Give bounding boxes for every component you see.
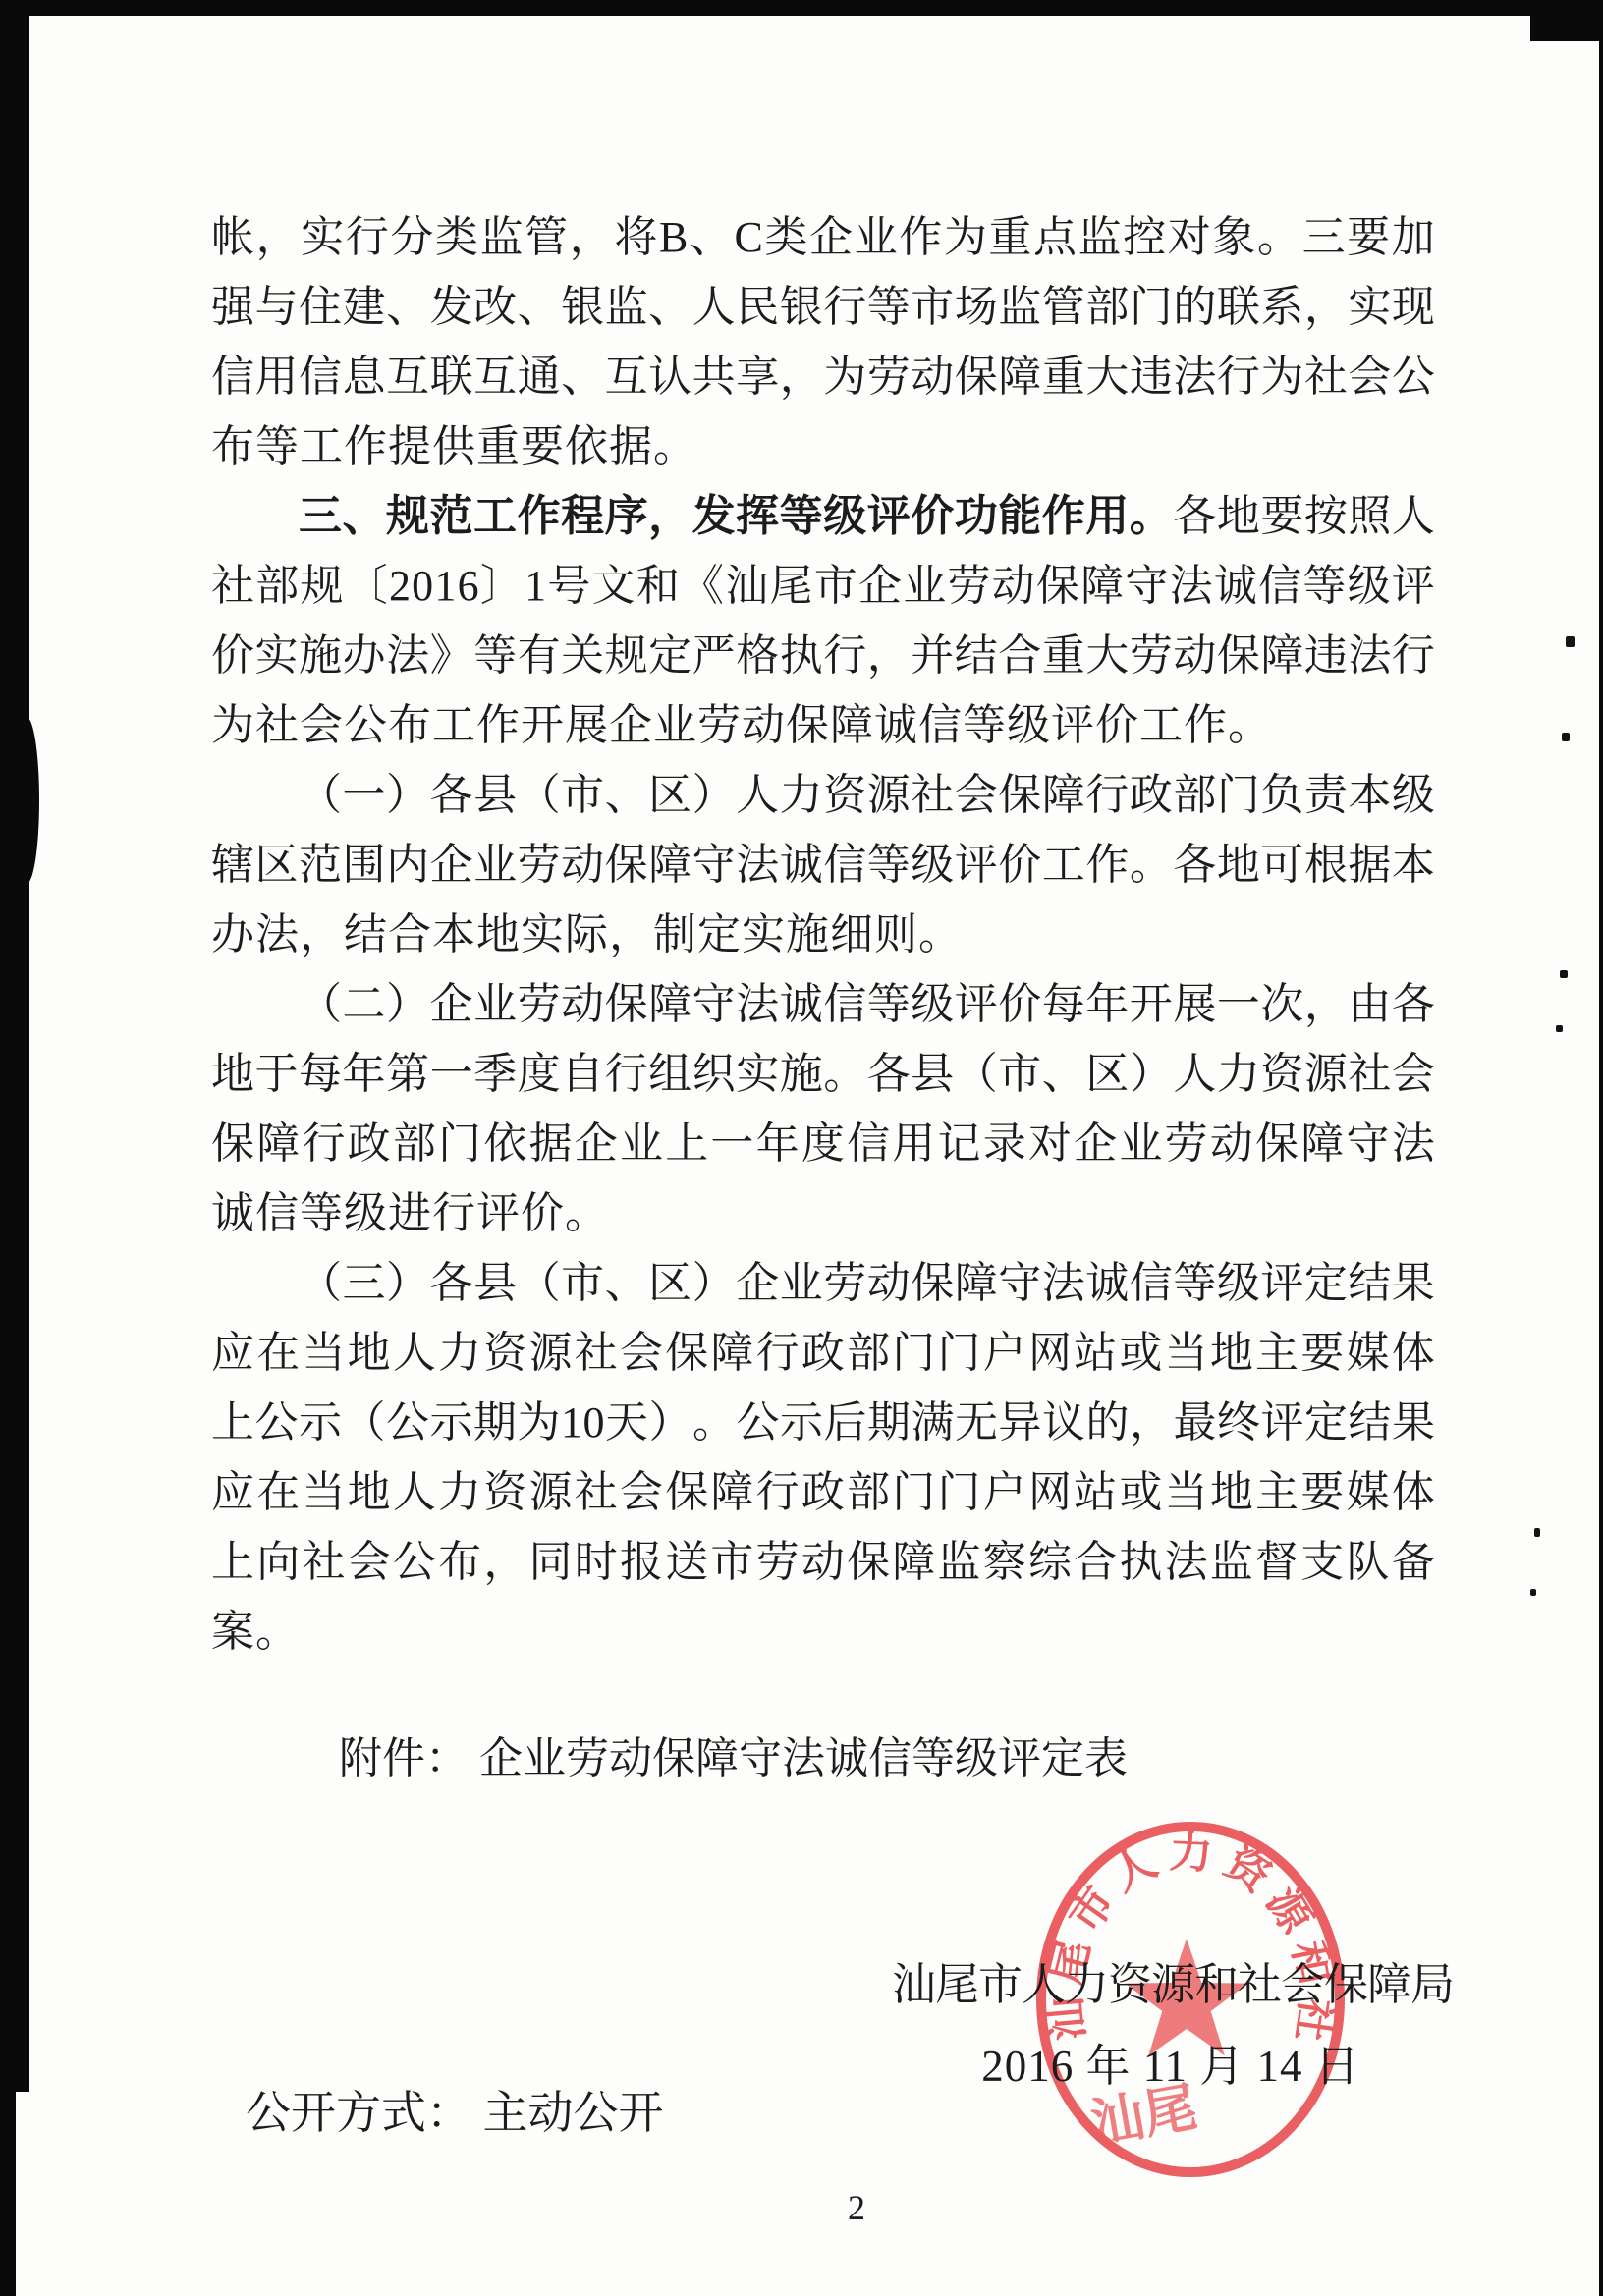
attachment-line: 附件： 企业劳动保障守法诚信等级评定表 (339, 1726, 1128, 1791)
disclosure-line: 公开方式： 主动公开 (246, 2083, 664, 2144)
scan-border-left-bump (14, 717, 39, 884)
body-line: 信用信息互联互通、互认共享，为劳动保障重大违法行为社会公 (211, 342, 1435, 411)
scan-border-left-taper (16, 2092, 29, 2296)
body-line: 强与住建、发改、银监、人民银行等市场监管部门的联系，实现 (211, 272, 1435, 342)
body-line: （二）企业劳动保障守法诚信等级评价每年开展一次，由各 (211, 969, 1435, 1039)
body-line: 辖区范围内企业劳动保障守法诚信等级评价工作。各地可根据本 (211, 830, 1435, 900)
scan-speck (1566, 636, 1575, 647)
page-number: 2 (835, 2186, 878, 2229)
body-line: 三、规范工作程序，发挥等级评价功能作用。各地要按照人 (211, 481, 1435, 551)
body-line: 案。 (211, 1597, 1435, 1667)
scan-border-top (0, 0, 1603, 16)
issue-date: 2016 年 11 月 14 日 (888, 2036, 1454, 2097)
body-text: 帐，实行分类监管，将B、C类企业作为重点监控对象。三要加强与住建、发改、银监、人… (211, 202, 1435, 1667)
body-line: 办法，结合本地实际，制定实施细则。 (211, 900, 1435, 969)
body-line: 价实施办法》等有关规定严格执行，并结合重大劳动保障违法行 (211, 621, 1435, 690)
document-page: 帐，实行分类监管，将B、C类企业作为重点监控对象。三要加强与住建、发改、银监、人… (0, 0, 1603, 2296)
scan-border-right (1599, 0, 1603, 2296)
body-line: 帐，实行分类监管，将B、C类企业作为重点监控对象。三要加 (211, 202, 1435, 272)
body-line: 应在当地人力资源社会保障行政部门门户网站或当地主要媒体 (211, 1318, 1435, 1388)
body-line: 地于每年第一季度自行组织实施。各县（市、区）人力资源社会 (211, 1039, 1435, 1109)
scan-speck (1534, 1528, 1540, 1537)
signature-block: 汕尾市人力资源和社会保障局 2016 年 11 月 14 日 (888, 1954, 1454, 2097)
body-line: （三）各县（市、区）企业劳动保障守法诚信等级评定结果 (211, 1248, 1435, 1318)
scan-speck (1530, 1589, 1536, 1596)
body-line: 上向社会公布，同时报送市劳动保障监察综合执法监督支队备 (211, 1527, 1435, 1597)
body-line: 为社会公布工作开展企业劳动保障诚信等级评价工作。 (211, 690, 1435, 760)
scan-border-left (0, 0, 29, 2296)
body-line: （一）各县（市、区）人力资源社会保障行政部门负责本级 (211, 760, 1435, 830)
body-line: 应在当地人力资源社会保障行政部门门户网站或当地主要媒体 (211, 1457, 1435, 1527)
body-line: 上公示（公示期为10天）。公示后期满无异议的，最终评定结果 (211, 1388, 1435, 1457)
scan-speck (1562, 733, 1570, 741)
body-line: 布等工作提供重要依据。 (211, 411, 1435, 481)
body-line: 诚信等级进行评价。 (211, 1178, 1435, 1248)
body-line: 社部规〔2016〕1号文和《汕尾市企业劳动保障守法诚信等级评 (211, 551, 1435, 621)
agency-name: 汕尾市人力资源和社会保障局 (888, 1954, 1454, 2015)
scan-speck (1560, 970, 1568, 978)
body-line: 保障行政部门依据企业上一年度信用记录对企业劳动保障守法 (211, 1109, 1435, 1178)
scan-speck (1556, 1025, 1563, 1032)
scan-corner-blob (1530, 0, 1603, 41)
